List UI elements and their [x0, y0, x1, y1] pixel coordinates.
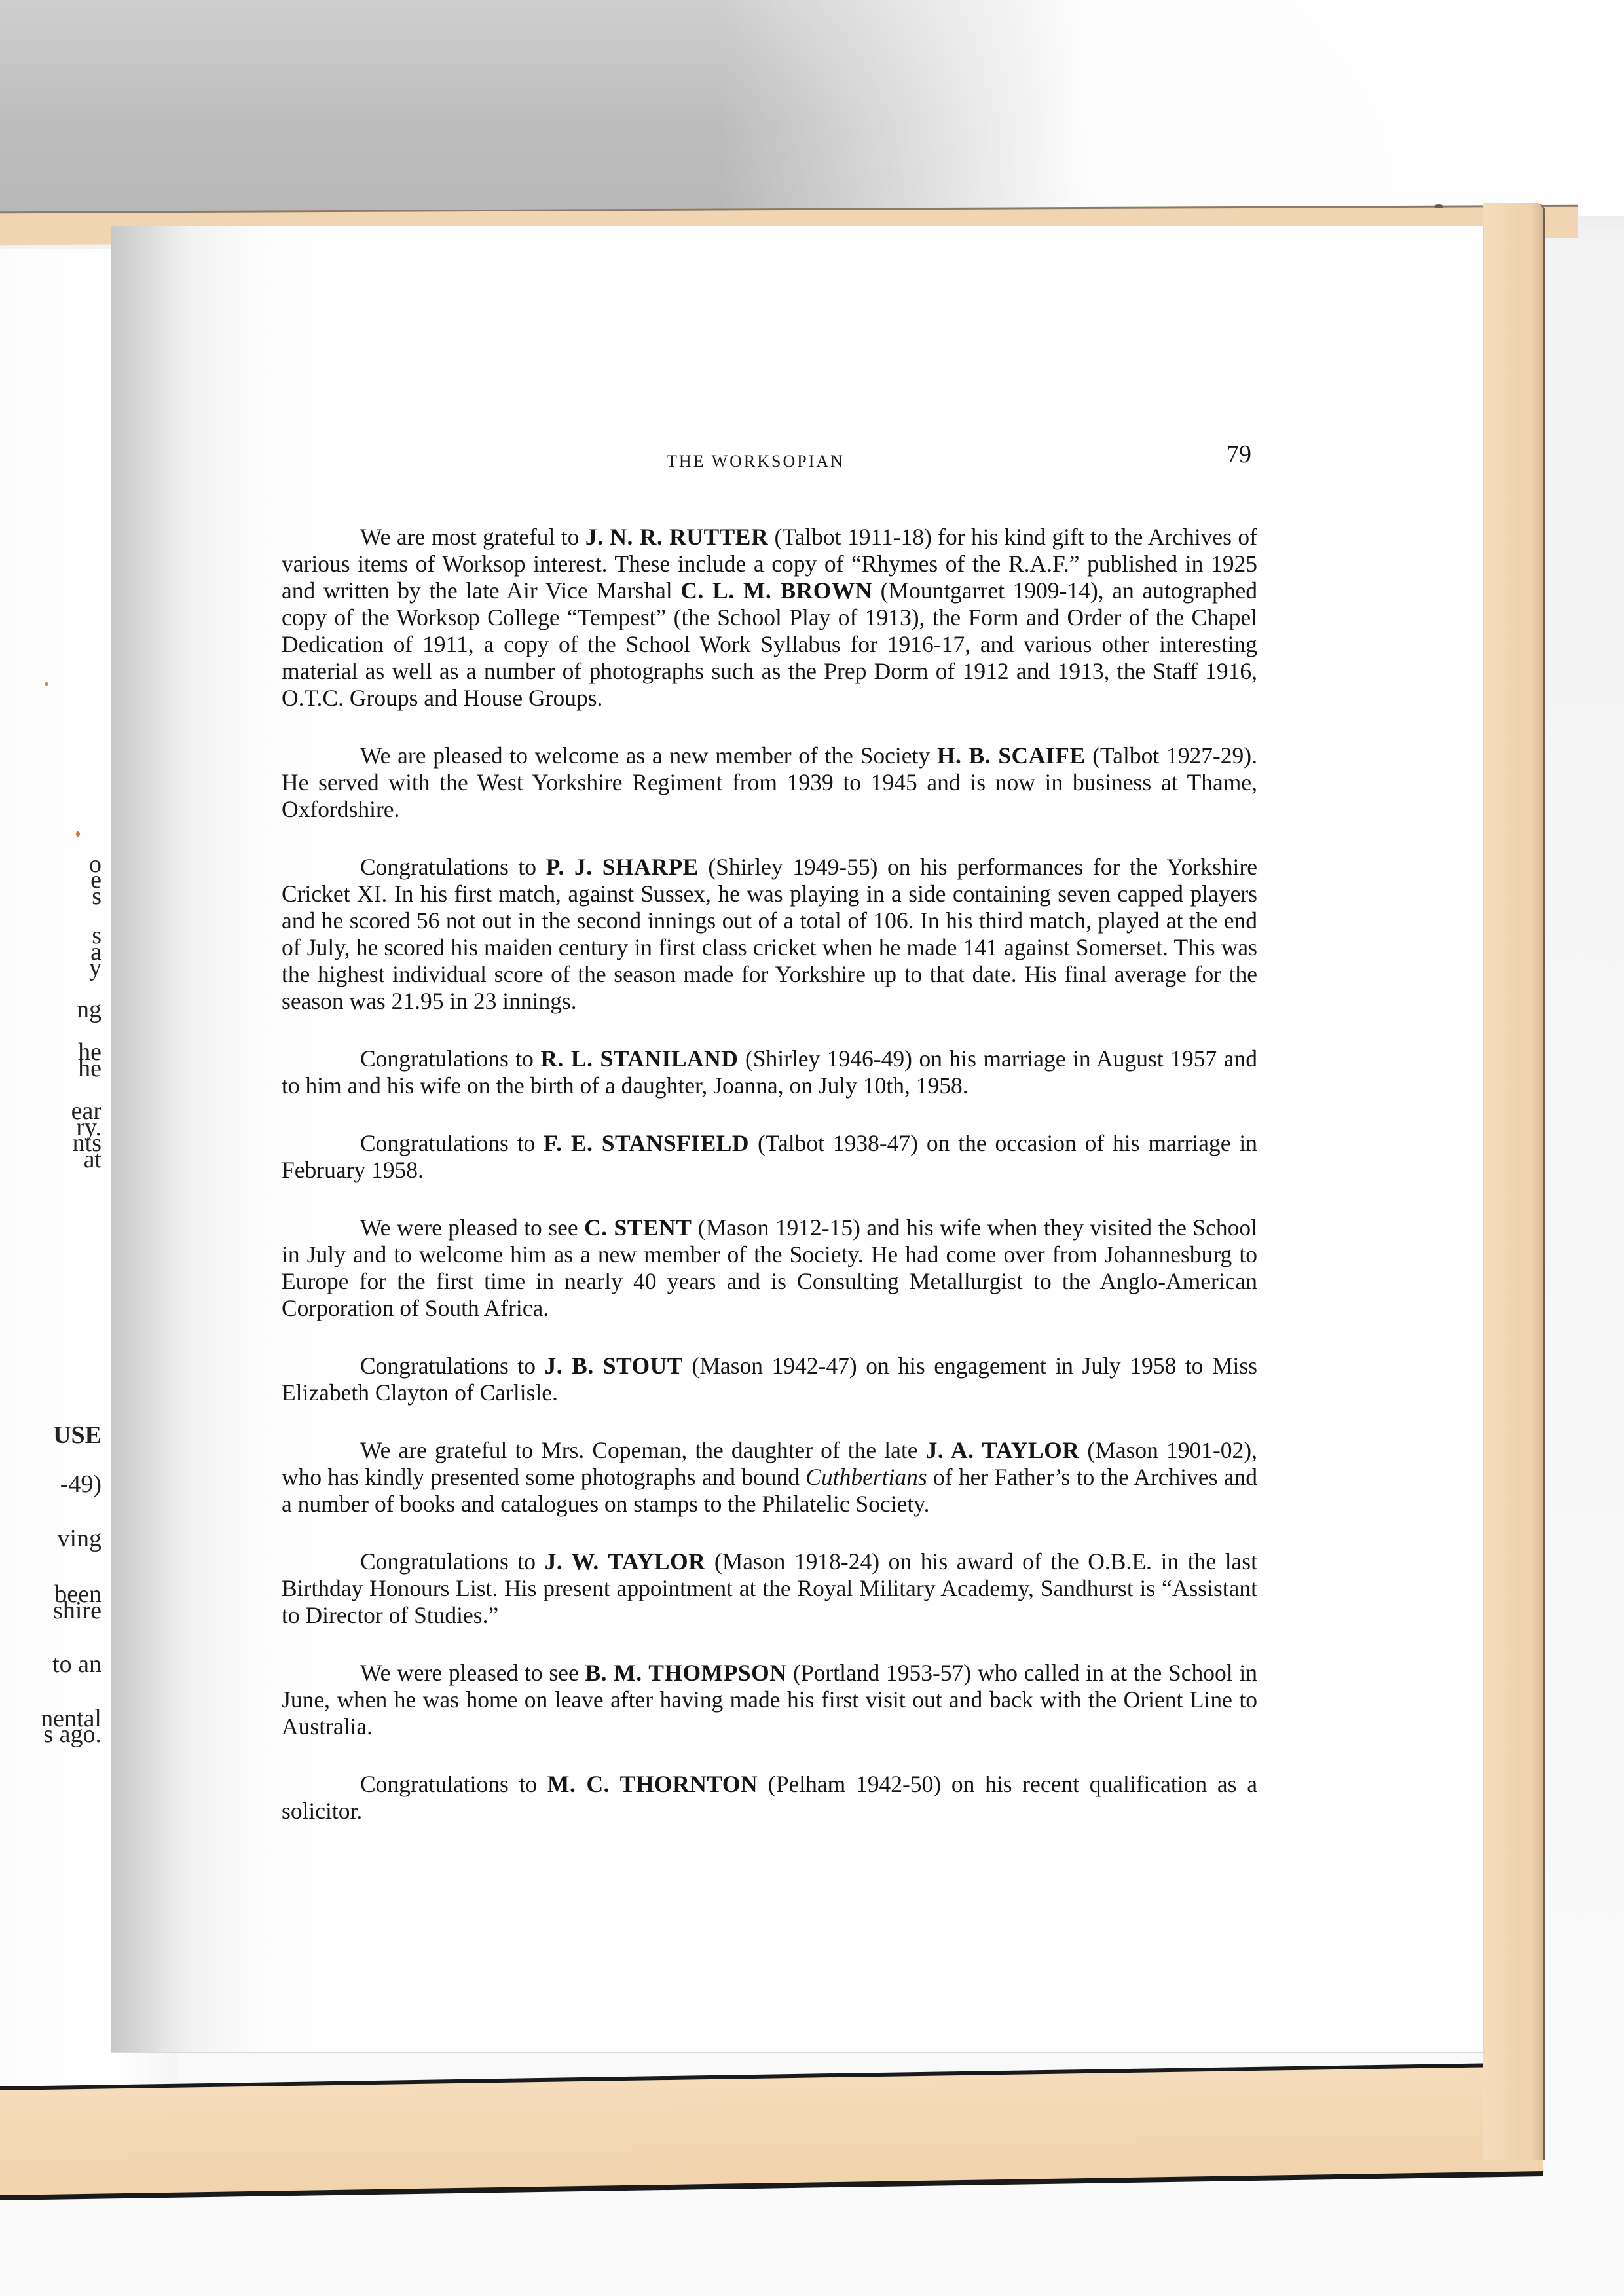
paragraph: We are most grateful to J. N. R. RUTTER … — [282, 524, 1257, 712]
book-cover-edge-right — [1483, 203, 1545, 2160]
left-page-fragment: s — [92, 882, 101, 911]
text-run: Congratulations to — [360, 854, 546, 880]
text-run: We are grateful to Mrs. Copeman, the dau… — [360, 1437, 926, 1463]
paragraph: Congratulations to J. W. TAYLOR (Mason 1… — [282, 1548, 1257, 1629]
person-name: C. L. M. BROWN — [680, 577, 872, 604]
text-run: Congratulations to — [360, 1548, 545, 1575]
text-run: Congratulations to — [360, 1046, 540, 1072]
running-head: THE WORKSOPIAN — [667, 452, 845, 471]
paragraph: We were pleased to see B. M. THOMPSON (P… — [282, 1660, 1257, 1740]
scan-speck — [76, 831, 80, 837]
text-run: Congratulations to — [360, 1130, 544, 1156]
text-run: We were pleased to see — [360, 1660, 585, 1686]
paragraph: We were pleased to see C. STENT (Mason 1… — [282, 1214, 1257, 1322]
person-name: R. L. STANILAND — [540, 1046, 738, 1072]
paragraph: Congratulations to F. E. STANSFIELD (Tal… — [282, 1130, 1257, 1184]
person-name: F. E. STANSFIELD — [544, 1130, 749, 1156]
page-number: 79 — [1227, 440, 1251, 469]
italic-title: Cuthbertians — [805, 1464, 927, 1490]
person-name: M. C. THORNTON — [547, 1771, 758, 1797]
scan-speck — [1434, 204, 1443, 208]
person-name: J. W. TAYLOR — [545, 1548, 706, 1575]
book-cover-edge-bottom — [0, 2062, 1543, 2200]
person-name: C. STENT — [584, 1214, 692, 1241]
left-page-fragment: ving — [57, 1524, 101, 1553]
paragraph: We are grateful to Mrs. Copeman, the dau… — [282, 1437, 1257, 1518]
person-name: J. N. R. RUTTER — [585, 524, 768, 550]
paragraph: Congratulations to P. J. SHARPE (Shirley… — [282, 854, 1257, 1015]
text-run: We are pleased to welcome as a new membe… — [360, 742, 937, 769]
left-page-fragment: USE — [53, 1421, 101, 1449]
left-page-fragment: shire — [53, 1596, 101, 1625]
left-page-fragment: y — [89, 953, 101, 982]
text-run: Congratulations to — [360, 1771, 547, 1797]
paragraph: Congratulations to M. C. THORNTON (Pelha… — [282, 1771, 1257, 1825]
left-page-fragment: -49) — [60, 1470, 101, 1499]
person-name: J. B. STOUT — [545, 1353, 684, 1379]
text-run: We were pleased to see — [360, 1214, 584, 1241]
person-name: P. J. SHARPE — [546, 854, 699, 880]
text-run: Congratulations to — [360, 1353, 545, 1379]
person-name: H. B. SCAIFE — [937, 742, 1086, 769]
person-name: J. A. TAYLOR — [926, 1437, 1080, 1463]
scanner-shadow-top — [0, 0, 1624, 216]
paragraph: We are pleased to welcome as a new membe… — [282, 742, 1257, 823]
left-page-fragment: s ago. — [43, 1720, 101, 1749]
gutter-shadow — [111, 226, 190, 2052]
paragraph: Congratulations to R. L. STANILAND (Shir… — [282, 1046, 1257, 1099]
paragraph: Congratulations to J. B. STOUT (Mason 19… — [282, 1353, 1257, 1406]
scan-speck — [45, 682, 48, 686]
left-page-fragment: he — [78, 1054, 101, 1083]
left-page-fragment: ng — [77, 995, 101, 1024]
left-page-fragment: at — [84, 1145, 101, 1174]
text-run: We are most grateful to — [360, 524, 585, 550]
person-name: B. M. THOMPSON — [585, 1660, 786, 1686]
left-page-fragment: to an — [52, 1650, 101, 1679]
body-text: We are most grateful to J. N. R. RUTTER … — [282, 524, 1257, 1855]
